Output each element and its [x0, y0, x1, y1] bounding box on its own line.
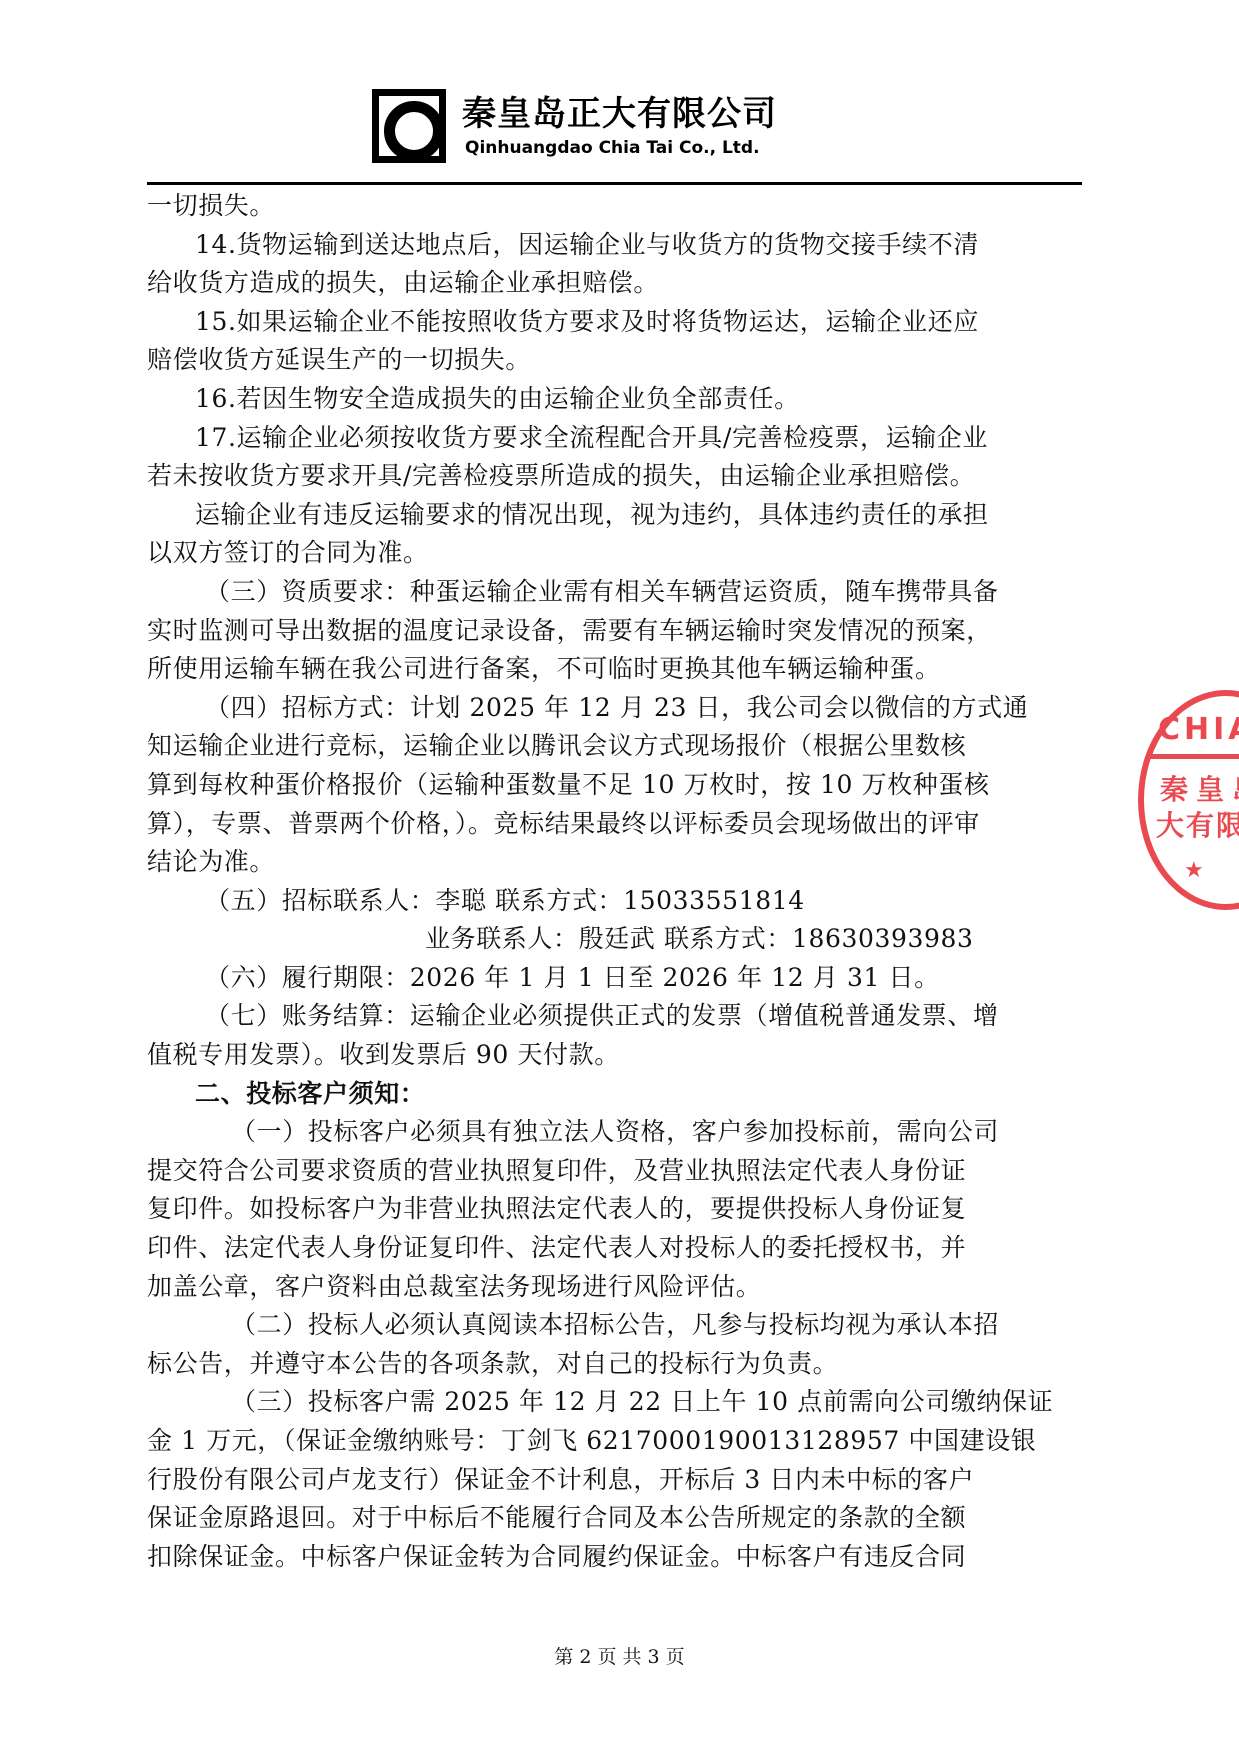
text-line: 值税专用发票）。收到发票后 90 天付款。: [147, 1036, 1087, 1075]
seal-cn-line2: 大有限公: [1156, 804, 1239, 844]
qualification-requirements: （三）资质要求：种蛋运输企业需有相关车辆营运资质，随车携带具备: [147, 573, 1087, 612]
business-contact: 业务联系人：殷廷武 联系方式：18630393983: [147, 920, 1087, 959]
text-line: 标公告，并遵守本公告的各项条款，对自己的投标行为负责。: [147, 1345, 1087, 1384]
seal-divider: [1148, 754, 1239, 759]
bidder-notice-1: （一）投标客户必须具有独立法人资格，客户参加投标前，需向公司: [147, 1113, 1087, 1152]
header-divider: [147, 182, 1082, 185]
page-number: 第 2 页 共 3 页: [0, 1642, 1239, 1669]
text-line: 知运输企业进行竞标，运输企业以腾讯会议方式现场报价（根据公里数核: [147, 727, 1087, 766]
company-name-en: Qinhuangdao Chia Tai Co., Ltd.: [465, 138, 760, 158]
clause-14: 14.货物运输到送达地点后，因运输企业与收货方的货物交接手续不清: [147, 226, 1087, 265]
text-line: 赔偿收货方延误生产的一切损失。: [147, 341, 1087, 380]
text-line: 金 1 万元，（保证金缴纳账号：丁剑飞 6217000190013128957 …: [147, 1422, 1087, 1461]
clause-16: 16.若因生物安全造成损失的由运输企业负全部责任。: [147, 380, 1087, 419]
text-line: 保证金原路退回。对于中标后不能履行合同及本公告所规定的条款的全额: [147, 1499, 1087, 1538]
text-line: 提交符合公司要求资质的营业执照复印件，及营业执照法定代表人身份证: [147, 1152, 1087, 1191]
company-seal-stamp: CHIA TAI 秦皇岛 大有限公 ★: [1138, 690, 1239, 910]
text-line: 算），专票、普票两个价格，）。竞标结果最终以评标委员会现场做出的评审: [147, 805, 1087, 844]
text-line: 印件、法定代表人身份证复印件、法定代表人对投标人的委托授权书，并: [147, 1229, 1087, 1268]
clause-15: 15.如果运输企业不能按照收货方要求及时将货物运达，运输企业还应: [147, 303, 1087, 342]
text-line: 扣除保证金。中标客户保证金转为合同履约保证金。中标客户有违反合同: [147, 1538, 1087, 1577]
text-line: 若未按收货方要求开具/完善检疫票所造成的损失，由运输企业承担赔偿。: [147, 457, 1087, 496]
text-line: 所使用运输车辆在我公司进行备案，不可临时更换其他车辆运输种蛋。: [147, 650, 1087, 689]
text-line: 加盖公章，客户资料由总裁室法务现场进行风险评估。: [147, 1268, 1087, 1307]
performance-period: （六）履行期限：2026 年 1 月 1 日至 2026 年 12 月 31 日…: [147, 959, 1087, 998]
text-line: 以双方签订的合同为准。: [147, 534, 1087, 573]
bidding-method: （四）招标方式：计划 2025 年 12 月 23 日，我公司会以微信的方式通: [147, 689, 1087, 728]
letterhead: 秦皇岛正大有限公司 Qinhuangdao Chia Tai Co., Ltd.: [0, 0, 1239, 185]
text-line: 复印件。如投标客户为非营业执照法定代表人的，要提供投标人身份证复: [147, 1190, 1087, 1229]
account-settlement: （七）账务结算：运输企业必须提供正式的发票（增值税普通发票、增: [147, 997, 1087, 1036]
text-line: 算到每枚种蛋价格报价（运输种蛋数量不足 10 万枚时，按 10 万枚种蛋核: [147, 766, 1087, 805]
text-line: 行股份有限公司卢龙支行）保证金不计利息，开标后 3 日内未中标的客户: [147, 1461, 1087, 1500]
seal-top-text: CHIA TAI: [1158, 712, 1239, 747]
document-body: 一切损失。 14.货物运输到送达地点后，因运输企业与收货方的货物交接手续不清 给…: [147, 187, 1087, 1576]
bidder-notice-3: （三）投标客户需 2025 年 12 月 22 日上午 10 点前需向公司缴纳保…: [147, 1383, 1087, 1422]
clause-17: 17.运输企业必须按收货方要求全流程配合开具/完善检疫票，运输企业: [147, 419, 1087, 458]
section-heading-bidder-notice: 二、投标客户须知：: [147, 1075, 1087, 1114]
seal-star-icon: ★: [1184, 858, 1204, 883]
breach-paragraph: 运输企业有违反运输要求的情况出现，视为违约，具体违约责任的承担: [147, 496, 1087, 535]
text-line: 一切损失。: [147, 187, 1087, 226]
text-line: 结论为准。: [147, 843, 1087, 882]
seal-cn-line1: 秦皇岛: [1160, 768, 1239, 808]
bidder-notice-2: （二）投标人必须认真阅读本招标公告，凡参与投标均视为承认本招: [147, 1306, 1087, 1345]
company-name-cn: 秦皇岛正大有限公司: [462, 86, 777, 135]
text-line: 给收货方造成的损失，由运输企业承担赔偿。: [147, 264, 1087, 303]
bidding-contact: （五）招标联系人：李聪 联系方式：15033551814: [147, 882, 1087, 921]
company-logo-icon: [372, 89, 446, 163]
text-line: 实时监测可导出数据的温度记录设备，需要有车辆运输时突发情况的预案，: [147, 612, 1087, 651]
